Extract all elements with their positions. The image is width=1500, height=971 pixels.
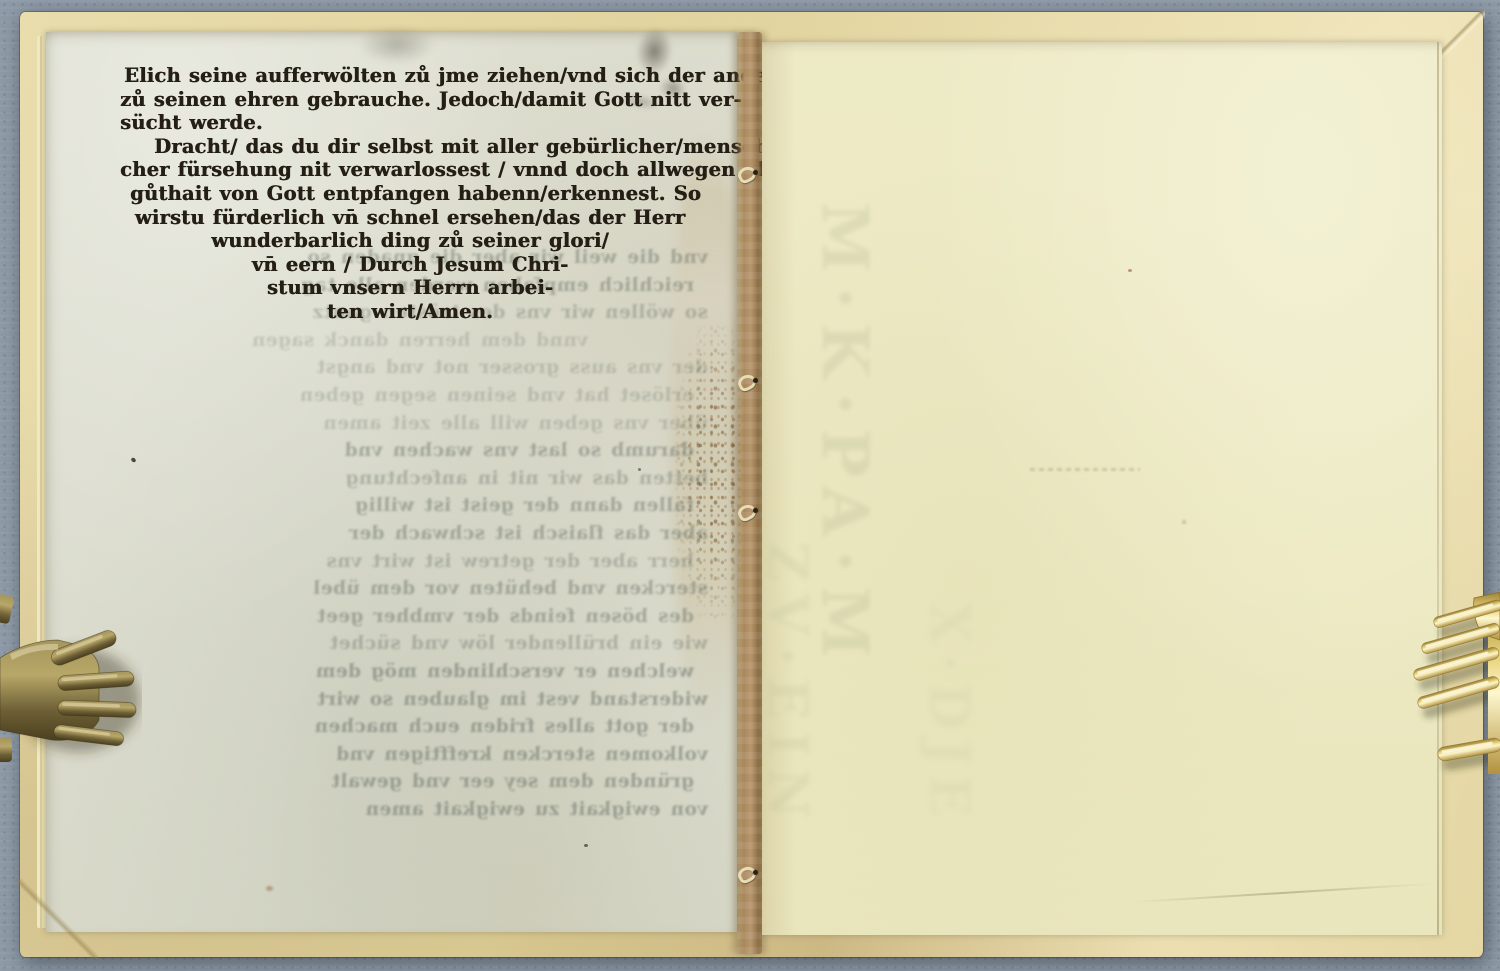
printed-line: vn̄ eern / Durch Jesum Chri- xyxy=(120,253,700,277)
printed-line: Elich seine aufferwölten zů jme ziehen/v… xyxy=(120,64,700,88)
ink-speck xyxy=(584,844,588,847)
bleed-through-line: aber das flaisch ist schwach der xyxy=(102,520,708,548)
bleed-through-line: erlöset hat vnd seinen segen geben xyxy=(102,382,708,410)
bleed-through-line: wie ein brüllender löw vnd süchet xyxy=(102,630,708,658)
bleed-through-line: herr aber der getrew ist wirt vns xyxy=(102,548,708,576)
left-hand-clasp xyxy=(0,588,142,778)
bleed-through-text: vnd die weil wir aber die gnaden soreich… xyxy=(102,244,708,823)
book: vnd die weil wir aber die gnaden soreich… xyxy=(20,12,1483,957)
ink-smudge xyxy=(609,19,706,130)
photograph-canvas: { "scene": { "subject": "Open early prin… xyxy=(0,0,1500,971)
sewing-thread xyxy=(738,166,758,179)
right-page: M·K·PA·M ZV·EIN X·DJE xyxy=(762,42,1442,935)
bleed-through-line: stercken vnd behüten vor dem übel xyxy=(102,575,708,603)
brass-hand-icon xyxy=(0,588,142,778)
bleed-through-line: über vns geben will alle zeit amen xyxy=(102,410,708,438)
ink-smudge xyxy=(358,26,436,64)
left-page: vnd die weil wir aber die gnaden soreich… xyxy=(46,32,737,932)
printed-line: gůthait von Gott entpfangen habenn/erken… xyxy=(120,182,700,206)
gold-hand-icon xyxy=(1398,592,1500,807)
printed-line: stum vnsern Herrn arbei- xyxy=(120,276,700,300)
sewing-thread xyxy=(738,504,758,517)
bleed-through-line: darumb so last vns wachen vnd xyxy=(102,437,708,465)
bleed-through-line: von ewigkait zu ewigkait amen xyxy=(102,796,708,824)
sewing-thread xyxy=(738,374,758,387)
stain-speck xyxy=(266,886,273,891)
bleed-through-line: vnnd dem herren danck sagen xyxy=(102,327,708,355)
stain-speck xyxy=(1182,520,1186,524)
bleed-through-line: der vns auss grosser not vnd angst xyxy=(102,354,708,382)
bleed-through-line: der gott alles friden euch machen xyxy=(102,713,708,741)
stain-speck xyxy=(1128,269,1132,272)
printed-line: ten wirt/Amen. xyxy=(120,300,700,324)
bleed-through-line: betten das wir nit in anfechtung xyxy=(102,465,708,493)
bleed-through-line: des bösen feinds der vmbher geet xyxy=(102,603,708,631)
printed-line: Dracht/ das du dir selbst mit aller gebü… xyxy=(120,135,700,159)
sewing-thread xyxy=(738,866,758,879)
right-hand-clasp xyxy=(1398,592,1500,807)
faint-show-through-rule xyxy=(1030,468,1140,471)
bleed-through-line: welchen er verschlinden mög dem xyxy=(102,658,708,686)
printed-line: wirstu fürderlich vn̄ schnel ersehen/das… xyxy=(120,206,700,230)
bleed-through-line: gründen dem sey eer vnd gewalt xyxy=(102,768,708,796)
page-crease xyxy=(1132,883,1432,903)
printed-line: wunderbarlich ding zů seiner glori/ xyxy=(120,229,700,253)
show-through-letters: ZV·EIN xyxy=(756,542,820,830)
bleed-through-line: fallen dann der geist ist willig xyxy=(102,492,708,520)
show-through-letters: X·DJE xyxy=(918,602,982,826)
ink-speck xyxy=(638,468,641,471)
printed-line: cher fürsehung nit verwarlossest / vnnd … xyxy=(120,158,700,182)
bleed-through-line: widerstand vest im glauben so wirt xyxy=(102,686,708,714)
bleed-through-line: volkomen stercken krefftigen vnd xyxy=(102,741,708,769)
